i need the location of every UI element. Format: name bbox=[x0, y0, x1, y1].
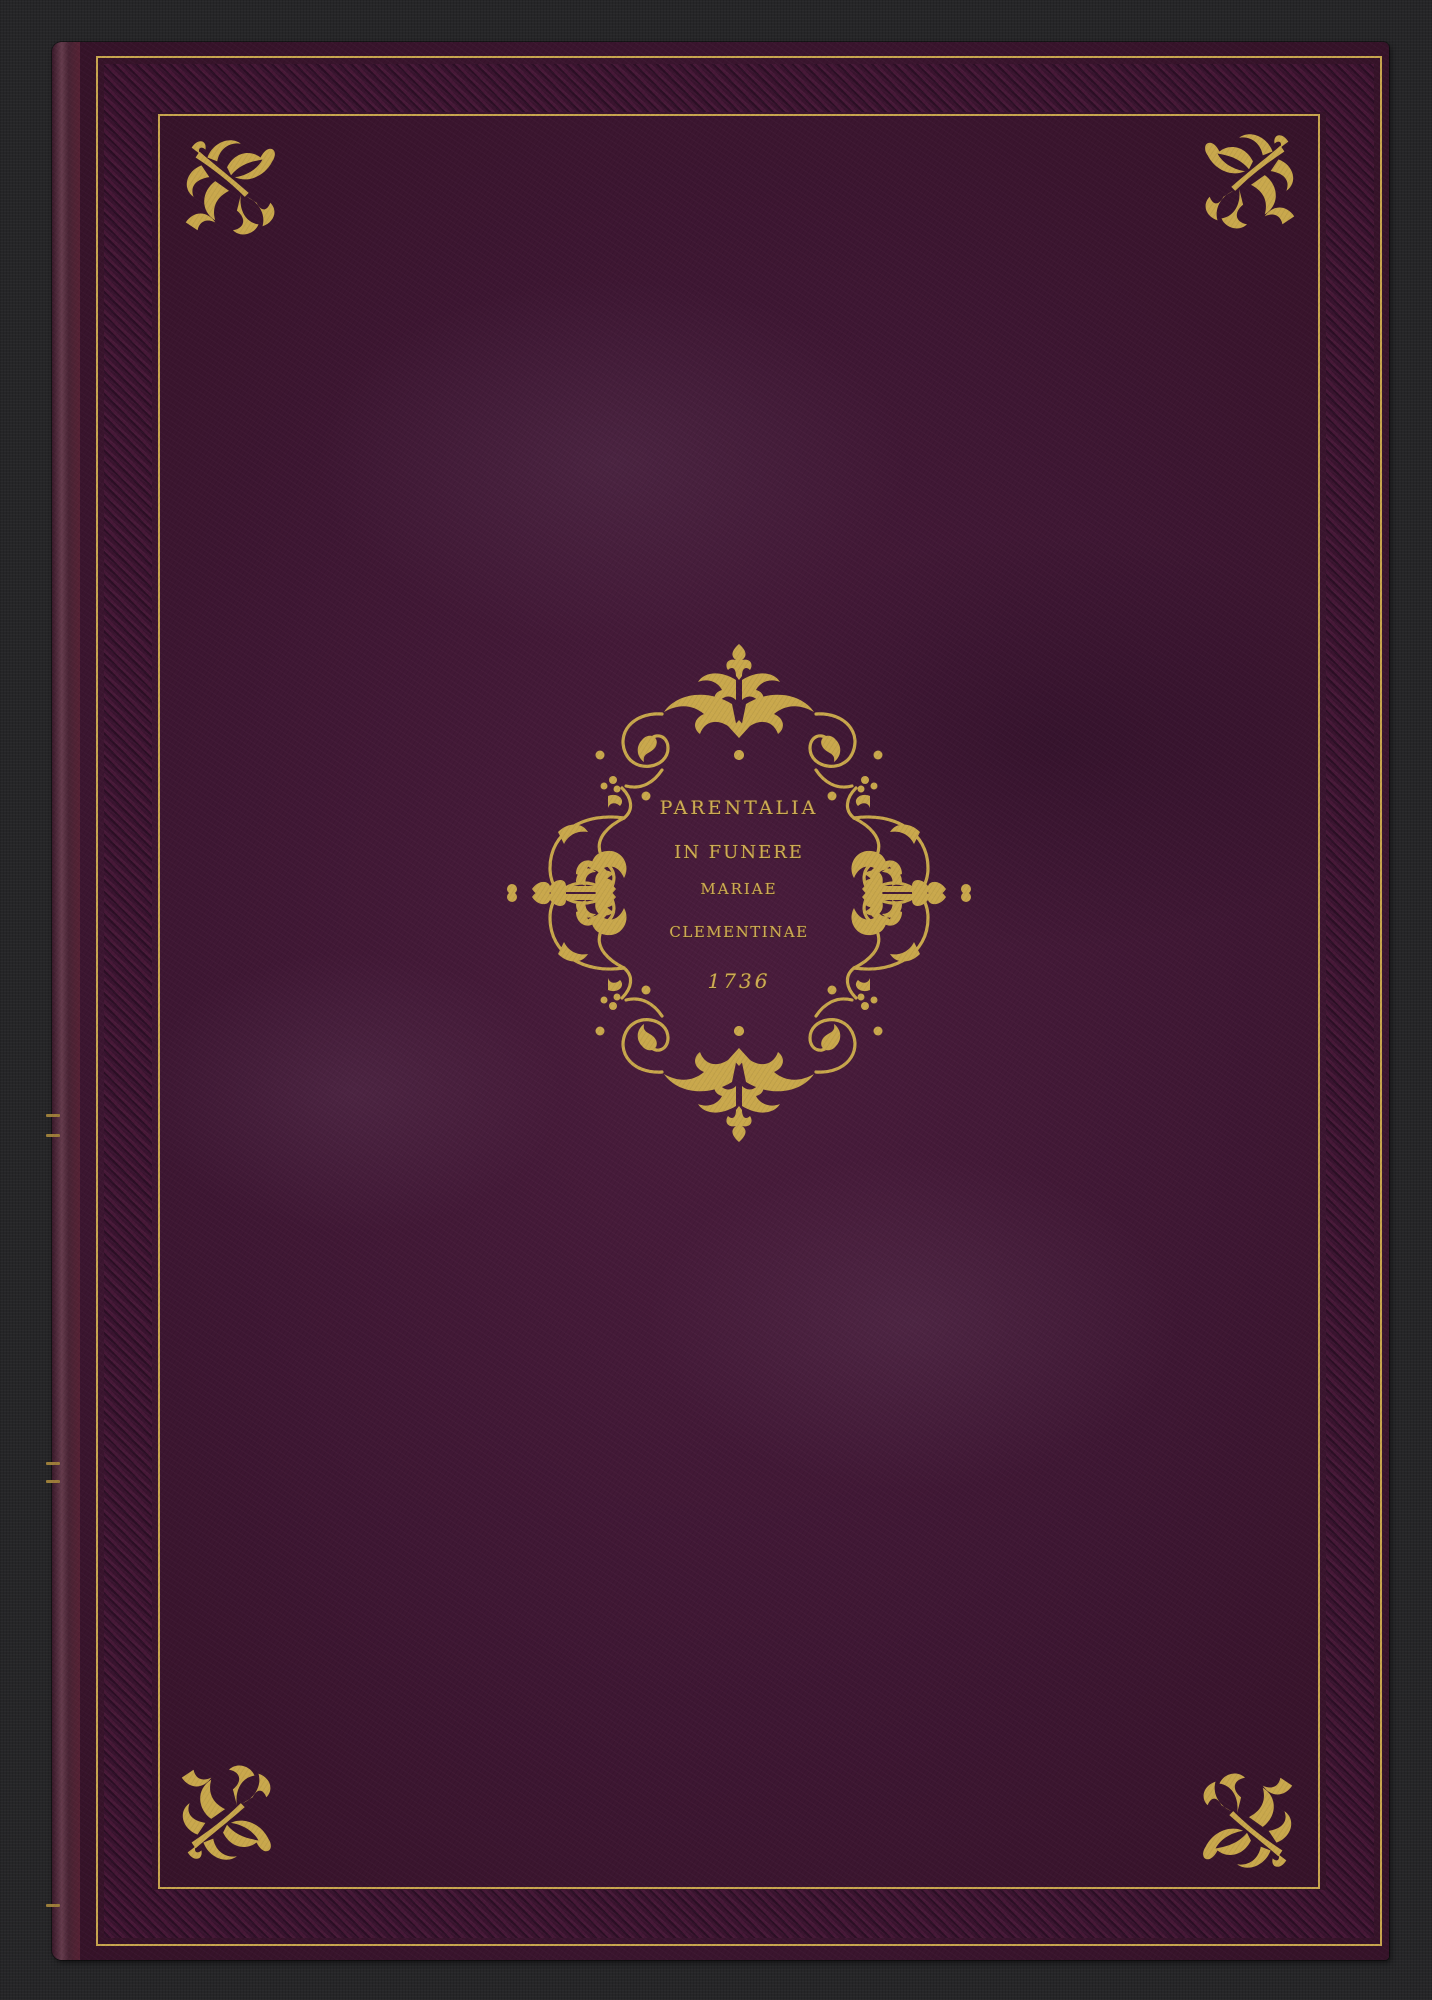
title-line-4: CLEMENTINAE bbox=[492, 923, 986, 941]
title-line-3: MARIAE bbox=[492, 880, 986, 898]
spine-band bbox=[46, 1480, 60, 1483]
corner-ornament-icon bbox=[172, 128, 290, 246]
spine-hinge bbox=[52, 42, 80, 1960]
spine-band bbox=[46, 1904, 60, 1907]
spine-band bbox=[46, 1114, 60, 1117]
title-line-2: IN FUNERE bbox=[492, 842, 986, 863]
spine-band bbox=[46, 1462, 60, 1465]
cover-title: PARENTALIA IN FUNERE MARIAE CLEMENTINAE … bbox=[492, 642, 986, 1144]
spine-band bbox=[46, 1134, 60, 1137]
corner-ornament-icon bbox=[1188, 1762, 1306, 1880]
book-cover: PARENTALIA IN FUNERE MARIAE CLEMENTINAE … bbox=[52, 42, 1389, 1960]
title-cartouche: PARENTALIA IN FUNERE MARIAE CLEMENTINAE … bbox=[492, 642, 986, 1144]
corner-ornament-icon bbox=[1190, 122, 1308, 240]
title-line-1: PARENTALIA bbox=[492, 797, 986, 819]
title-year: 1736 bbox=[492, 969, 986, 993]
corner-ornament-icon bbox=[168, 1754, 286, 1872]
